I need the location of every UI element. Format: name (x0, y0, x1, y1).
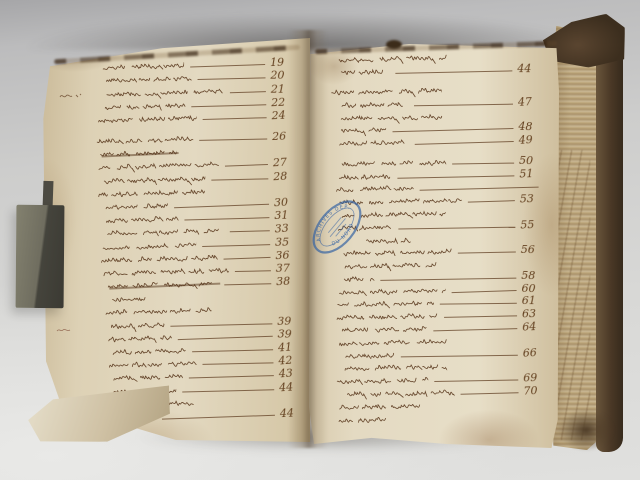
handwriting-scribble (336, 310, 438, 324)
line-filler-dash (189, 376, 274, 379)
handwriting-scribble (105, 213, 178, 227)
handwriting-scribble (110, 319, 164, 333)
handwriting-scribble (338, 336, 449, 350)
handwriting-scribble (338, 52, 448, 66)
handwriting-scribble (112, 345, 186, 359)
line-filler-dash (192, 349, 273, 352)
archive-stamp: ARCHIVES DEP. DU NORD (301, 188, 373, 266)
line-filler-dash (393, 128, 514, 132)
handwriting-scribble (111, 293, 149, 306)
left-page-index-entries: 1920212224262728303133353637383939414243… (94, 56, 304, 425)
line-filler-dash (458, 252, 516, 254)
line-filler-dash (184, 217, 269, 220)
entry-folio-number: 69 (523, 372, 547, 384)
entry-folio-number: 49 (518, 134, 543, 146)
line-filler-dash (440, 303, 517, 305)
line-filler-dash (191, 104, 266, 107)
entry-folio-number: 66 (522, 346, 547, 358)
handwriting-scribble (339, 400, 422, 414)
entry-folio-number: 56 (521, 244, 545, 255)
entry-folio-number: 63 (522, 308, 546, 320)
photograph-of-open-manuscript: 1920212224262728303133353637383939414243… (0, 0, 640, 480)
fore-edge-ink-marks (556, 150, 590, 440)
line-filler-dash (230, 91, 266, 93)
line-filler-dash (174, 204, 269, 209)
line-filler-dash (224, 283, 271, 285)
entry-folio-number: 55 (520, 218, 544, 230)
handwriting-scribble (108, 332, 172, 346)
handwriting-scribble (341, 98, 408, 111)
handwriting-scribble (337, 298, 434, 312)
line-filler-dash (401, 354, 518, 357)
line-filler-dash (452, 162, 514, 164)
entry-folio-number: 64 (522, 321, 546, 333)
handwriting-scribble (338, 414, 392, 427)
handwriting-scribble (338, 284, 445, 298)
line-filler-dash (395, 70, 512, 73)
entry-folio-number: 50 (519, 155, 543, 167)
line-filler-dash (415, 141, 514, 145)
line-filler-dash (433, 328, 517, 331)
line-filler-dash (420, 187, 539, 191)
margin-doodle (58, 90, 84, 102)
handwriting-scribble (102, 60, 184, 74)
handwriting-scribble (108, 357, 196, 371)
handwriting-scribble (331, 85, 442, 99)
entry-folio-number: 47 (518, 95, 543, 107)
handwriting-scribble (113, 371, 183, 385)
entry-folio-number: 51 (519, 167, 543, 179)
page-weight-block (16, 205, 65, 308)
top-edge-dark-blob (386, 40, 402, 49)
line-filler-dash (230, 231, 270, 233)
line-filler-dash (414, 104, 513, 107)
handwriting-scribble (340, 110, 445, 124)
line-filler-dash (170, 323, 272, 326)
line-filler-dash (190, 64, 265, 67)
book-back-cover-edge (596, 30, 623, 452)
line-filler-dash (178, 336, 273, 340)
handwriting-scribble (339, 137, 409, 150)
handwriting-scribble (343, 273, 374, 286)
line-filler-dash (224, 257, 271, 260)
line-filler-dash (199, 138, 267, 140)
manuscript-line (336, 411, 548, 428)
line-filler-dash (468, 200, 515, 202)
line-filler-dash (397, 175, 514, 178)
entry-folio-number: 53 (520, 193, 544, 205)
handwriting-scribble (341, 323, 427, 337)
entry-folio-number: 61 (522, 296, 546, 307)
line-filler-dash (162, 415, 275, 420)
line-filler-dash (203, 117, 267, 120)
line-filler-dash (444, 316, 517, 319)
handwriting-scribble (344, 361, 447, 375)
line-filler-dash (198, 78, 266, 81)
handwriting-scribble (341, 156, 446, 170)
entry-folio-number: 44 (517, 63, 541, 74)
entry-folio-number: 48 (518, 121, 542, 133)
stained-bottom-right-corner (556, 408, 616, 452)
handwriting-scribble (336, 374, 428, 388)
line-filler-dash (202, 363, 273, 366)
entry-folio-number: 70 (523, 385, 547, 397)
entry-folio-number: 58 (521, 270, 545, 281)
line-filler-dash (225, 164, 268, 167)
handwriting-scribble (338, 170, 391, 183)
line-filler-dash (461, 392, 519, 395)
line-filler-dash (182, 389, 274, 392)
line-filler-dash (452, 290, 517, 293)
line-filler-dash (211, 178, 268, 180)
handwriting-scribble (104, 99, 185, 113)
entry-folio-number: 60 (521, 282, 545, 294)
line-filler-dash (434, 380, 518, 382)
line-filler-dash (380, 277, 516, 280)
margin-mark (56, 326, 72, 334)
handwriting-scribble (105, 200, 168, 214)
handwriting-scribble (340, 65, 389, 78)
line-filler-dash (202, 244, 270, 247)
handwriting-scribble (105, 73, 191, 87)
line-filler-dash (235, 270, 271, 272)
line-filler-dash (398, 226, 515, 229)
handwriting-scribble (345, 349, 395, 362)
handwriting-scribble (340, 124, 386, 137)
handwriting-scribble (346, 387, 454, 401)
